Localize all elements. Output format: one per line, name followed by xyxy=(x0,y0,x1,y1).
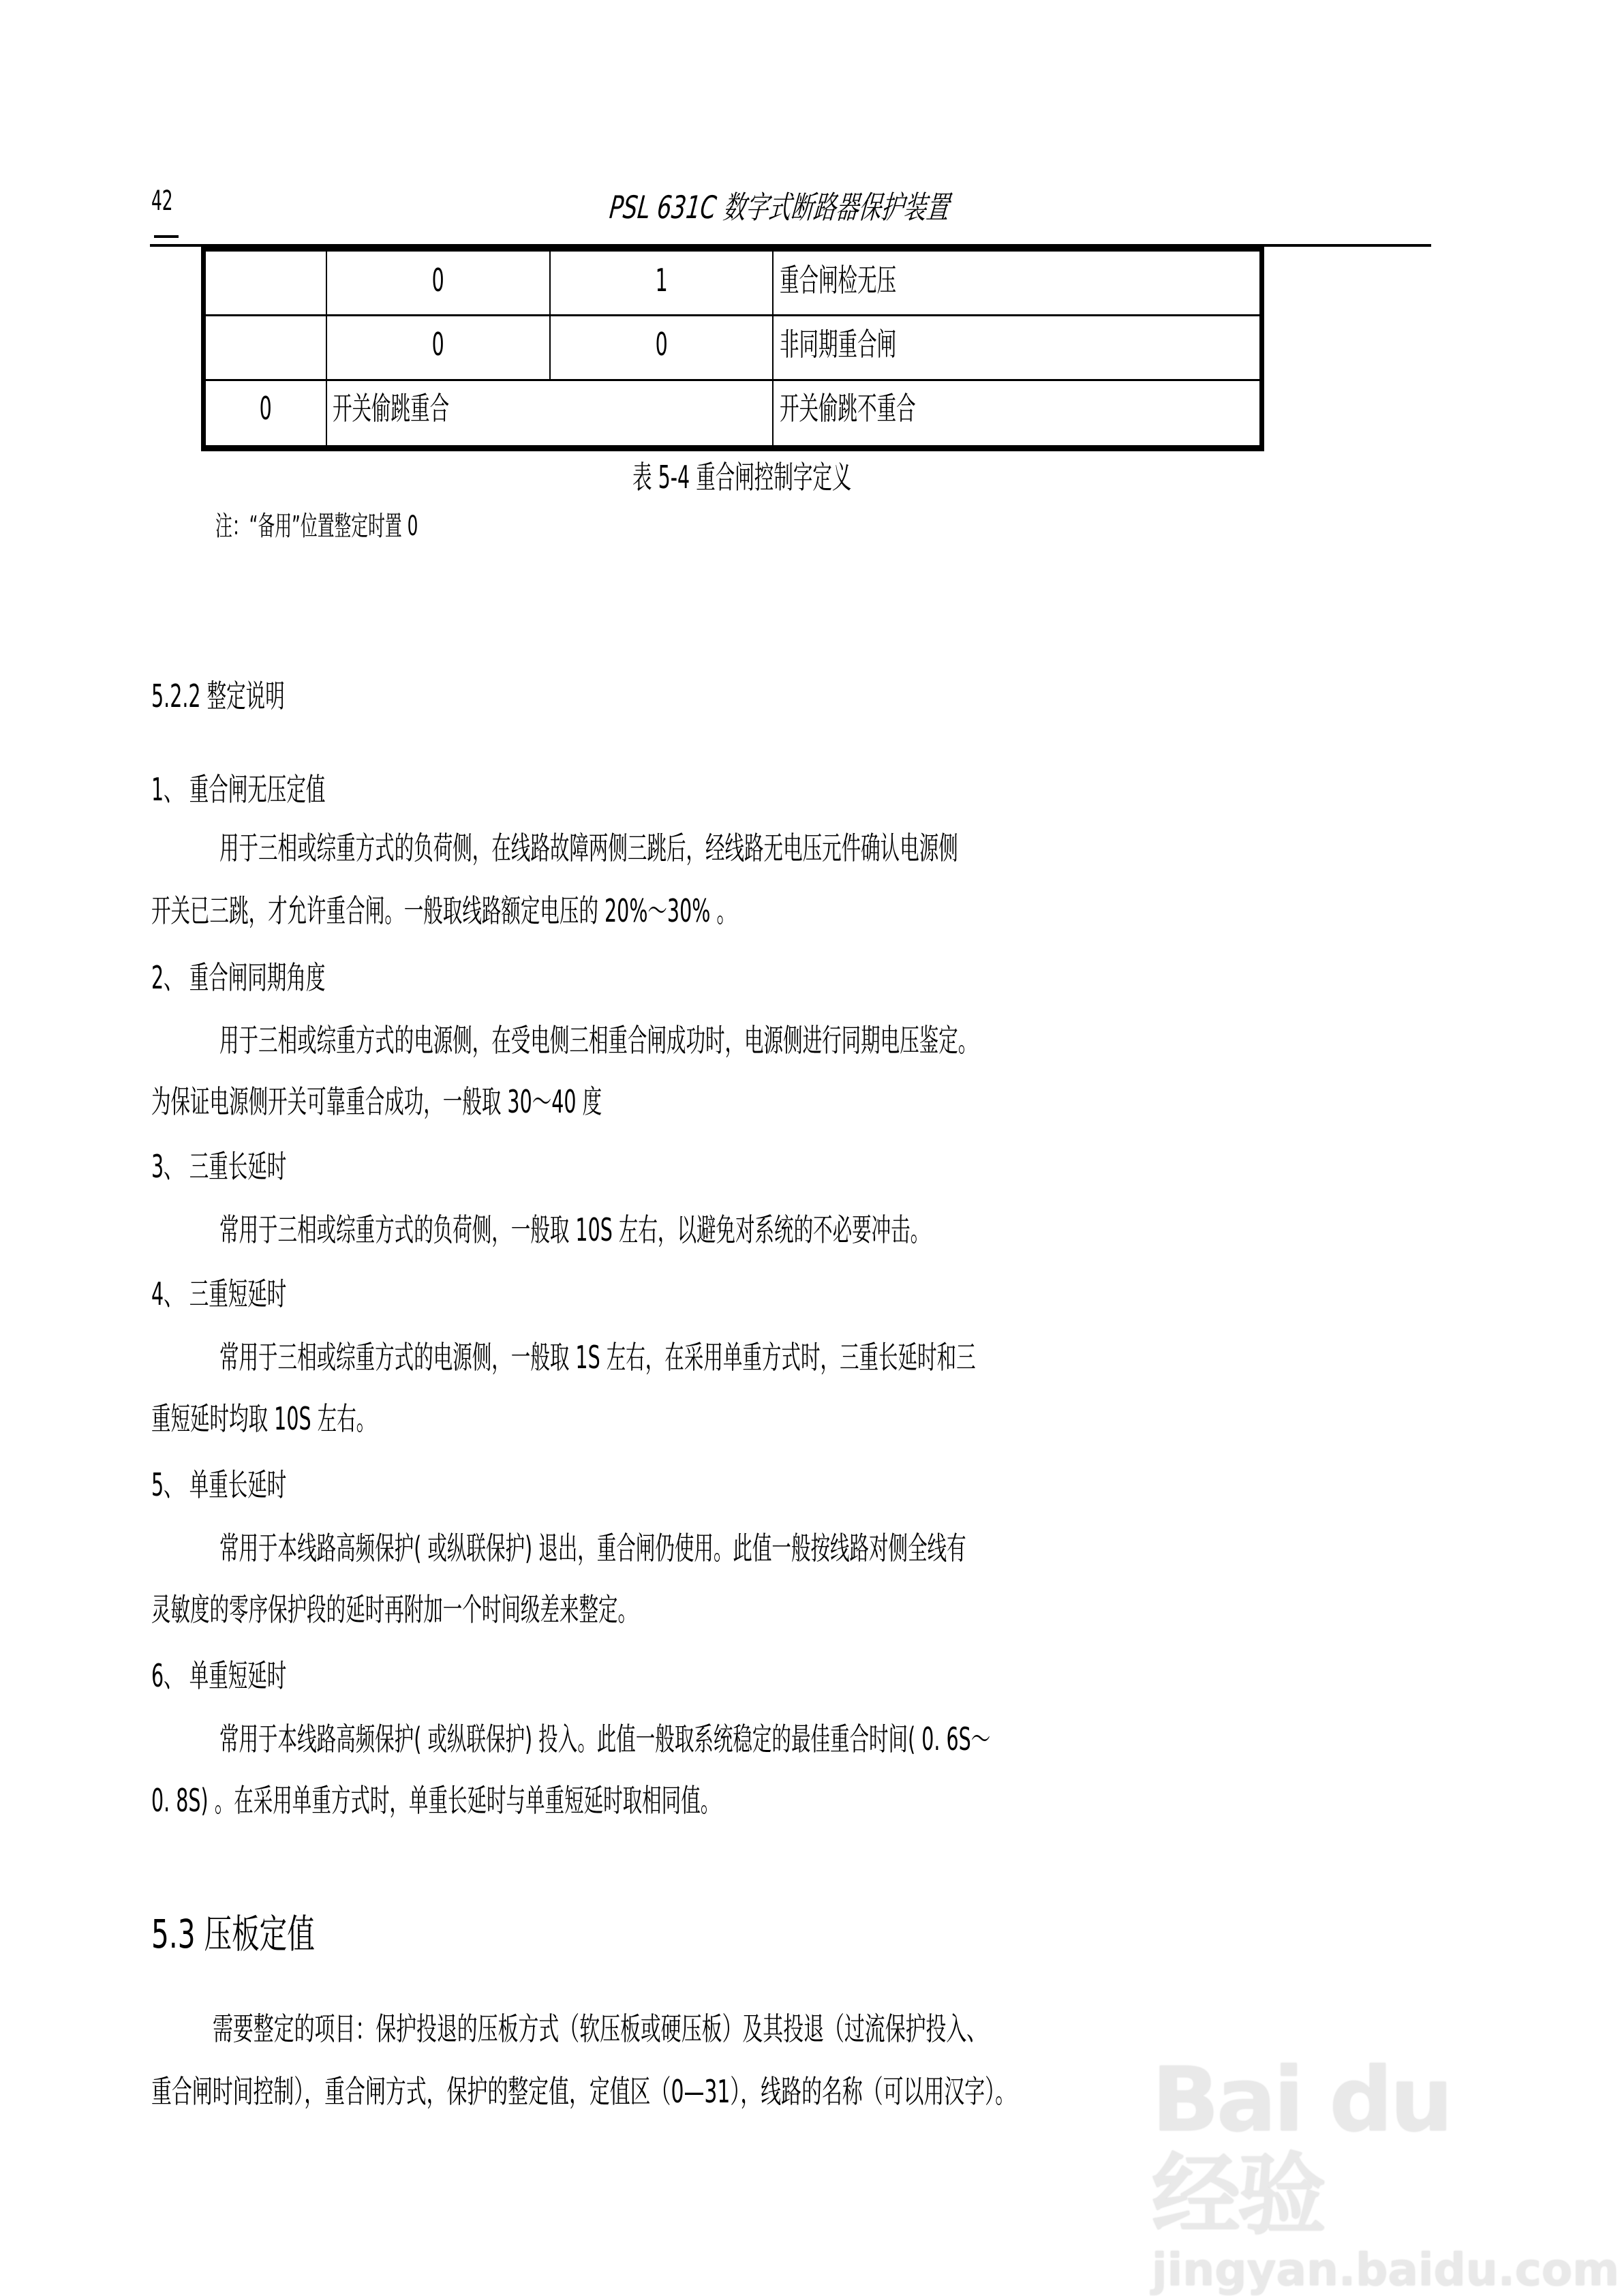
reclose-control-word-table: 0 1 重合闸检无压 0 0 非同期重合闸 0 开关偷跳重合 开关偷跳不重合 xyxy=(201,245,1264,451)
table-cell: 0 xyxy=(327,260,549,301)
page-number: 42 xyxy=(151,185,186,217)
section-heading-5-3: 5.3 压板定值 xyxy=(151,1902,385,1959)
col-divider-3 xyxy=(772,252,774,445)
item-title-3: 3、 三重长延时 xyxy=(151,1142,369,1187)
table-note: 注：“备用”位置整定时置 0 xyxy=(215,504,542,543)
page-number-underline xyxy=(154,235,179,238)
item-text-1-line-1: 用于三相或综重方式的负荷侧，在线路故障两侧三跳后，经线路无电压元件确认电源侧 xyxy=(219,824,1411,868)
item-text-5-line-1: 常用于本线路高频保护( 或纵联保护) 退出，重合闸仍使用。此值一般按线路对侧全线… xyxy=(219,1524,1424,1569)
table-cell: 0 xyxy=(327,324,549,365)
section-5-3-line-2: 重合闸时间控制），重合闸方式，保护的整定值，定值区（0—31），线路的名称（可以… xyxy=(151,2067,1481,2112)
item-title-1: 1、 重合闸无压定值 xyxy=(151,765,432,810)
item-text-2-line-1: 用于三相或综重方式的电源侧，在受电侧三相重合闸成功时，电源侧进行同期电压鉴定。 xyxy=(219,1016,1442,1061)
table-cell xyxy=(206,260,326,301)
table-cell: 重合闸检无压 xyxy=(780,260,968,301)
table-cell-merged: 开关偷跳重合 xyxy=(333,388,521,429)
item-title-4: 4、 三重短延时 xyxy=(151,1269,369,1314)
item-text-6-line-2: 0. 8S) 。在采用单重方式时，单重长延时与单重短延时取相同值。 xyxy=(151,1776,1069,1821)
item-text-4-line-1: 常用于三相或综重方式的电源侧，一般取 1S 左右，在采用单重方式时，三重长延时和… xyxy=(219,1333,1439,1378)
section-heading-5-2-2: 5.2.2 整定说明 xyxy=(151,671,367,716)
table-cell: 开关偷跳不重合 xyxy=(780,388,999,429)
table-cell: 0 xyxy=(206,388,326,429)
item-text-2-line-2: 为保证电源侧开关可靠重合成功，一般取 30～40 度 xyxy=(151,1077,878,1122)
watermark-url: jingyan.baidu.com xyxy=(1152,2243,1561,2296)
item-title-5: 5、 单重长延时 xyxy=(151,1460,369,1505)
item-text-1-line-2: 开关已三跳，才允许重合闸。一般取线路额定电压的 20%～30% 。 xyxy=(151,886,1095,931)
row-divider-1 xyxy=(206,314,1259,316)
item-text-3-line-1: 常用于三相或综重方式的负荷侧，一般取 10S 左右，以避免对系统的不必要冲击。 xyxy=(219,1205,1365,1250)
table-cell: 非同期重合闸 xyxy=(780,324,968,365)
item-title-6: 6、 单重短延时 xyxy=(151,1651,369,1696)
running-header-title: PSL 631C 数字式断路器保护装置 xyxy=(610,183,1082,228)
table-cell: 1 xyxy=(551,260,772,301)
table-cell xyxy=(206,324,326,365)
row-divider-2 xyxy=(206,379,1259,381)
table-cell: 0 xyxy=(551,324,772,365)
item-text-5-line-2: 灵敏度的零序保护段的延时再附加一个时间级差来整定。 xyxy=(151,1585,935,1630)
item-title-2: 2、 重合闸同期角度 xyxy=(151,953,432,998)
item-text-4-line-2: 重短延时均取 10S 左右。 xyxy=(151,1394,513,1439)
item-text-6-line-1: 常用于本线路高频保护( 或纵联保护) 投入。此值一般取系统稳定的最佳重合时间( … xyxy=(219,1715,1463,1759)
table-caption: 表 5-4 重合闸控制字定义 xyxy=(632,453,985,498)
section-5-3-line-1: 需要整定的项目：保护投退的压板方式（软压板或硬压板）及其投退（过流保护投入、 xyxy=(213,2004,1404,2049)
